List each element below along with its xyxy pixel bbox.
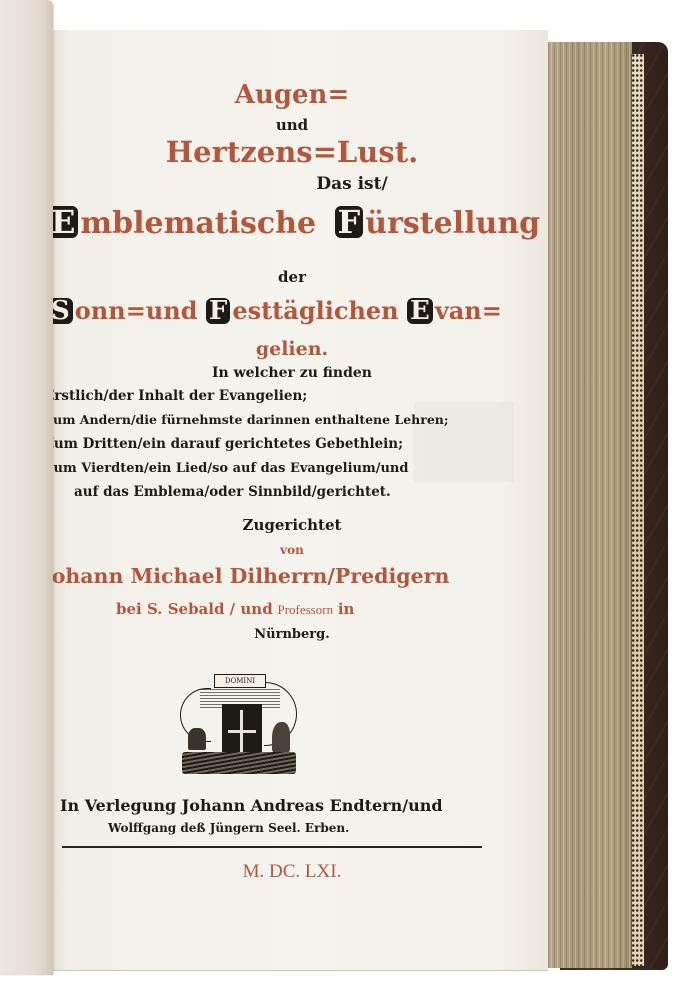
word-emblematische: mblematische (80, 206, 316, 241)
word-sonn-und: onn=und (75, 296, 198, 325)
printers-device-woodcut: DOMINI (178, 668, 300, 782)
decorated-initial-f2: F (206, 298, 230, 324)
title-page-text: Augen= und Hertzens=Lust. Das ist/ Emble… (52, 30, 548, 970)
word-evan: van= (435, 296, 502, 325)
decorated-initial-f: F (335, 206, 364, 238)
marbled-endpaper-edge (631, 54, 644, 966)
imprint-date-roman: M. DC. LXI. (52, 862, 532, 881)
title-line-augen: Augen= (52, 82, 532, 108)
left-page-curl (0, 0, 53, 975)
title-line-der: der (52, 270, 532, 285)
content-line-zum-vierdten: Zum Vierdten/ein Lied/so auf das Evangel… (44, 462, 484, 475)
imprint-line-1: In Verlegung Johann Andreas Endtern/und (60, 798, 480, 814)
device-rock-left (188, 728, 206, 750)
imprint-line-2: Wolffgang deß Jüngern Seel. Erben. (108, 822, 488, 834)
title-line-nuernberg: Nürnberg. (52, 628, 532, 641)
title-line-emblematische-fuerstellung: Emblematische Fürstellung (48, 206, 468, 239)
content-line-auf-das-emblema: auf das Emblema/oder Sinnbild/gerichtet. (74, 486, 494, 500)
device-ground (182, 752, 296, 774)
text-in: in (338, 600, 355, 618)
device-banner-top: DOMINI (214, 674, 266, 688)
title-line-das-ist: Das ist/ (112, 176, 592, 193)
text-professorn: Professorn (277, 602, 333, 617)
content-line-zum-dritten: Zum Dritten/ein darauf gerichtetes Gebet… (44, 438, 484, 452)
content-line-erstlich: Erstlich/der Inhalt der Evangelien; (44, 390, 484, 404)
title-line-hertzens-lust: Hertzens=Lust. (52, 138, 532, 167)
horizontal-rule (62, 846, 482, 848)
content-line-zum-andern: Zum Andern/die fürnehmste darinnen entha… (44, 414, 484, 427)
word-festtaeglichen: esttäglichen (232, 296, 398, 325)
author-line: Johann Michael Dilherrn/Predigern (42, 566, 482, 587)
title-line-und: und (52, 118, 532, 133)
author-position-line: bei S. Sebald / und Professorn in (116, 602, 496, 617)
word-fuerstellung: ürstellung (365, 206, 540, 241)
decorated-initial-e2: E (407, 298, 433, 324)
title-line-in-welcher: In welcher zu finden (52, 366, 532, 380)
title-line-von: von (52, 544, 532, 556)
device-rock-right (272, 722, 290, 752)
title-line-sonn-und-festtaeglichen: Sonn=und Festtäglichen Evan= (48, 298, 468, 324)
text-bei-s-sebald: bei S. Sebald / und (116, 600, 273, 618)
title-line-zugerichtet: Zugerichtet (52, 518, 532, 533)
title-line-gelien: gelien. (52, 340, 532, 359)
